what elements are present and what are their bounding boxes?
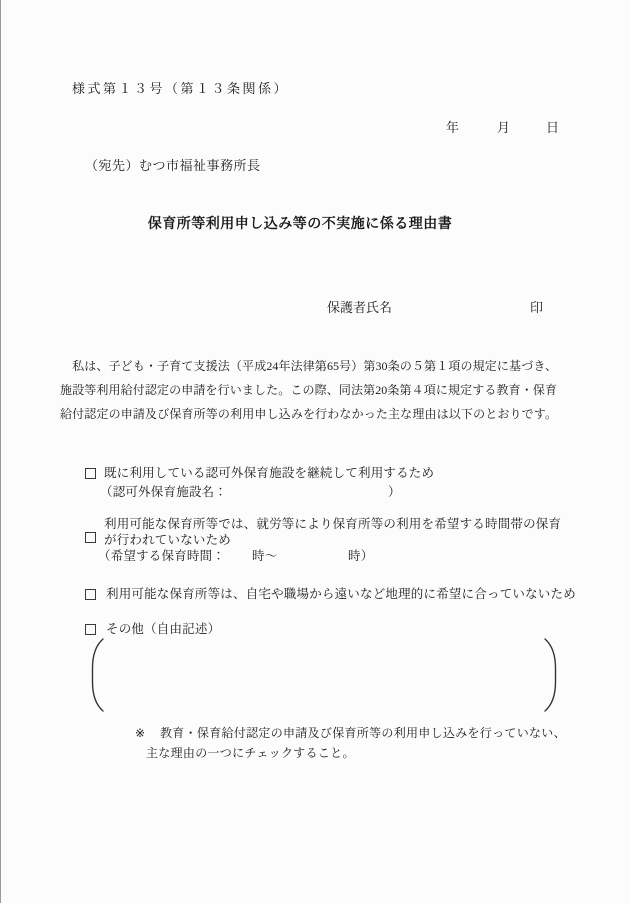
- reason-2-label-line-1: 利用可能な保育所等では、就労等により保育所等の利用を希望する時間帯の保育: [104, 517, 561, 531]
- note-line-2: 主な理由の一つにチェックすること。: [146, 747, 355, 761]
- checkbox-reason-2[interactable]: [85, 532, 96, 543]
- note-marker: ※: [135, 727, 145, 741]
- reason-3-label: 利用可能な保育所等は、自宅や職場から遠いなど地理的に希望に合っていないため: [106, 587, 576, 601]
- reason-2-time-from-label: 時～: [252, 549, 277, 563]
- checkbox-reason-3[interactable]: [85, 589, 96, 600]
- checkbox-reason-1[interactable]: [85, 468, 96, 479]
- note-line-1: 教育・保育給付認定の申請及び保育所等の利用申し込みを行っていない、: [160, 727, 566, 741]
- reason-2-time-to-blank[interactable]: [280, 549, 346, 563]
- addressee: （宛先）むつ市福祉事務所長: [85, 159, 261, 174]
- reason-2-time-from-blank[interactable]: [200, 549, 250, 563]
- day-label: 日: [546, 121, 559, 136]
- body-line-3: 給付認定の申請及び保育所等の利用申し込みを行わなかった主な理由は以下のとおりです…: [60, 402, 557, 426]
- year-label: 年: [446, 121, 459, 136]
- body-line-2: 施設等利用給付認定の申請を行いました。この際、同法第20条第４項に規定する教育・…: [60, 378, 557, 402]
- guardian-name-label: 保護者氏名: [327, 301, 392, 316]
- reason-1-facility-name-blank[interactable]: [200, 485, 386, 499]
- document-title: 保育所等利用申し込み等の不実施に係る理由書: [0, 217, 600, 233]
- document-page: 様式第１３号（第１３条関係） 年 月 日 （宛先）むつ市福祉事務所長 保育所等利…: [0, 0, 630, 903]
- reason-2-detail-close: 時）: [348, 549, 373, 563]
- checkbox-reason-4[interactable]: [85, 624, 96, 635]
- free-text-area[interactable]: [88, 636, 560, 714]
- reason-4-label: その他（自由記述）: [106, 622, 220, 636]
- form-number: 様式第１３号（第１３条関係）: [72, 82, 289, 97]
- body-paragraph: 私は、子ども・子育て支援法（平成24年法律第65号）第30条の５第１項の規定に基…: [60, 354, 557, 426]
- reason-2-label-line-2: が行われていないため: [104, 533, 231, 547]
- left-paren-icon: [88, 636, 106, 714]
- reason-1-detail-close: ）: [388, 485, 401, 499]
- reason-1-label: 既に利用している認可外保育施設を継続して利用するため: [104, 466, 434, 480]
- body-line-1: 私は、子ども・子育て支援法（平成24年法律第65号）第30条の５第１項の規定に基…: [60, 354, 557, 378]
- right-paren-icon: [542, 636, 560, 714]
- month-label: 月: [497, 121, 510, 136]
- seal-label: 印: [530, 301, 543, 316]
